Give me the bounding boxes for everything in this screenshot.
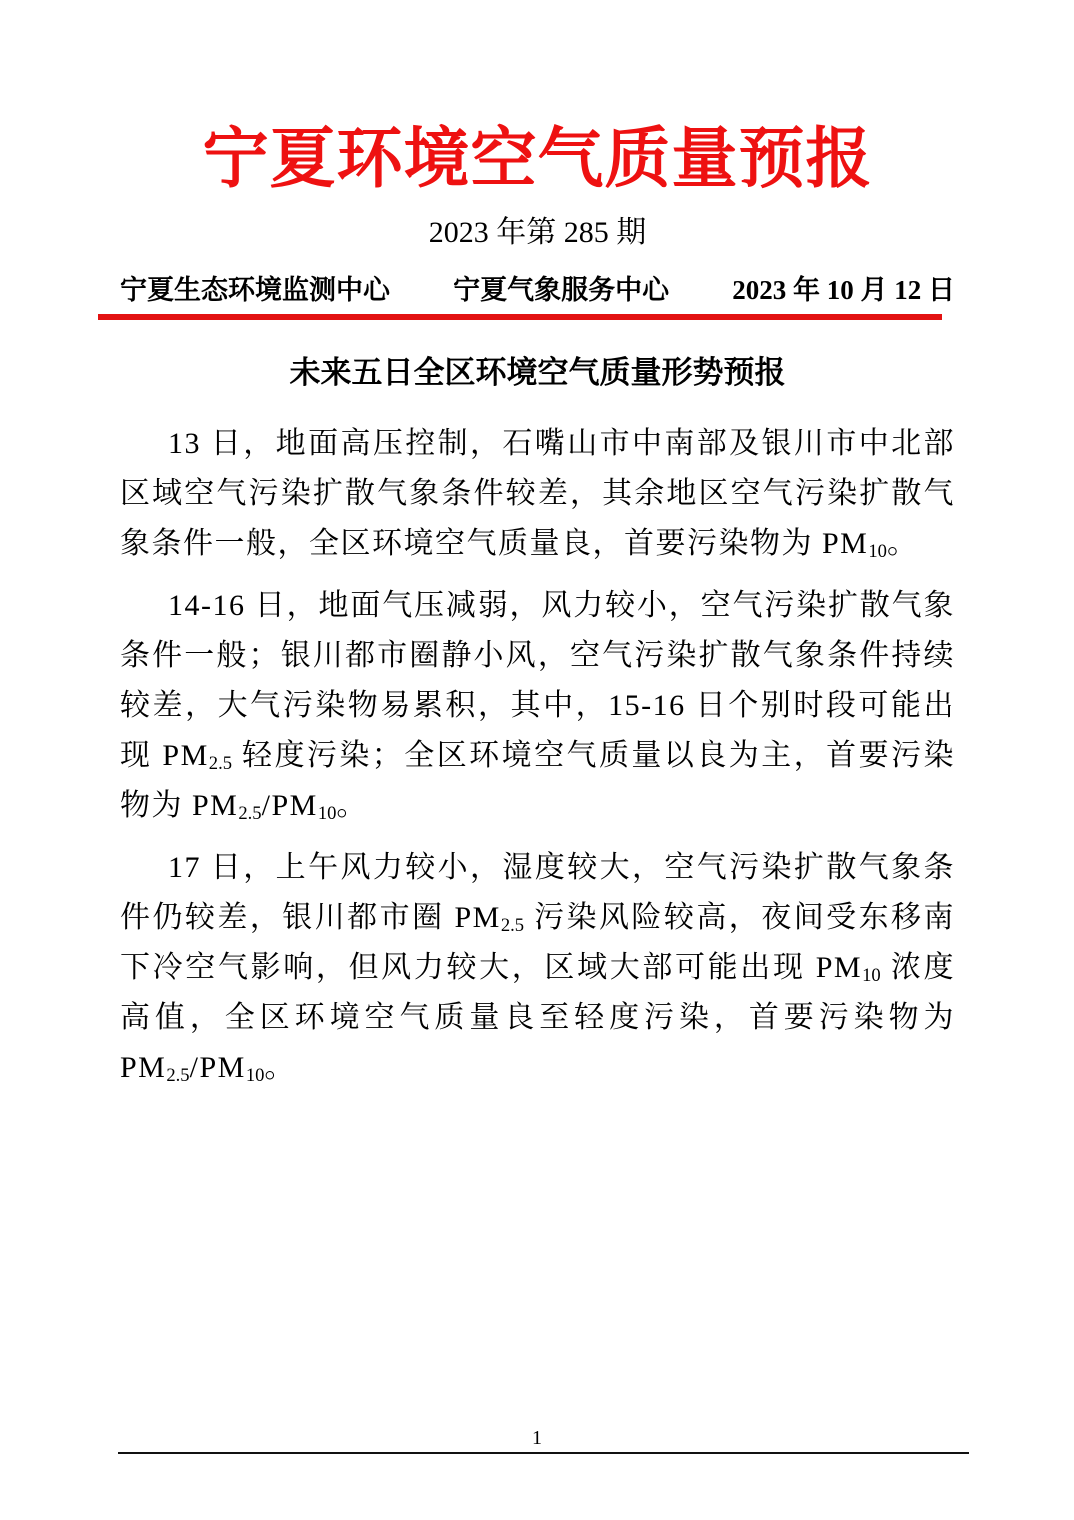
footer-rule [118, 1452, 969, 1454]
page-number: 1 [0, 1428, 1074, 1448]
org-monitoring-center: 宁夏生态环境监测中心 [120, 276, 390, 306]
pollutant-subscript: 2.5 [238, 803, 261, 824]
pollutant-subscript: 10 [862, 965, 881, 986]
pollutant-subscript: 10 [318, 803, 337, 824]
pollutant-subscript: 2.5 [501, 915, 524, 936]
pollutant-subscript: 10 [868, 541, 887, 562]
pollutant-subscript: 2.5 [209, 753, 232, 774]
paragraph: 17 日，上午风力较小，湿度较大，空气污染扩散气象条件仍较差，银川都市圈 PM2… [120, 843, 955, 1093]
header-divider-rule [98, 314, 942, 320]
document-title: 宁夏环境空气质量预报 [120, 0, 955, 198]
body-paragraphs: 13 日，地面高压控制，石嘴山市中南部及银川市中北部区域空气污染扩散气象条件较差… [120, 419, 955, 1093]
pollutant-subscript: 2.5 [166, 1065, 189, 1086]
section-heading: 未来五日全区环境空气质量形势预报 [120, 356, 955, 390]
page-content: 宁夏环境空气质量预报 2023 年第 285 期 宁夏生态环境监测中心 宁夏气象… [0, 0, 1074, 1093]
paragraph: 14-16 日，地面气压减弱，风力较小，空气污染扩散气象条件一般；银川都市圈静小… [120, 581, 955, 831]
organization-row: 宁夏生态环境监测中心 宁夏气象服务中心 2023 年 10 月 12 日 [120, 276, 955, 306]
issue-date: 2023 年 10 月 12 日 [732, 276, 955, 306]
org-weather-center: 宁夏气象服务中心 [453, 276, 669, 306]
pollutant-subscript: 10 [246, 1065, 265, 1086]
document-page: { "header": { "title": "宁夏环境空气质量预报", "ti… [0, 0, 1074, 1520]
paragraph: 13 日，地面高压控制，石嘴山市中南部及银川市中北部区域空气污染扩散气象条件较差… [120, 419, 955, 569]
issue-number: 2023 年第 285 期 [120, 216, 955, 249]
